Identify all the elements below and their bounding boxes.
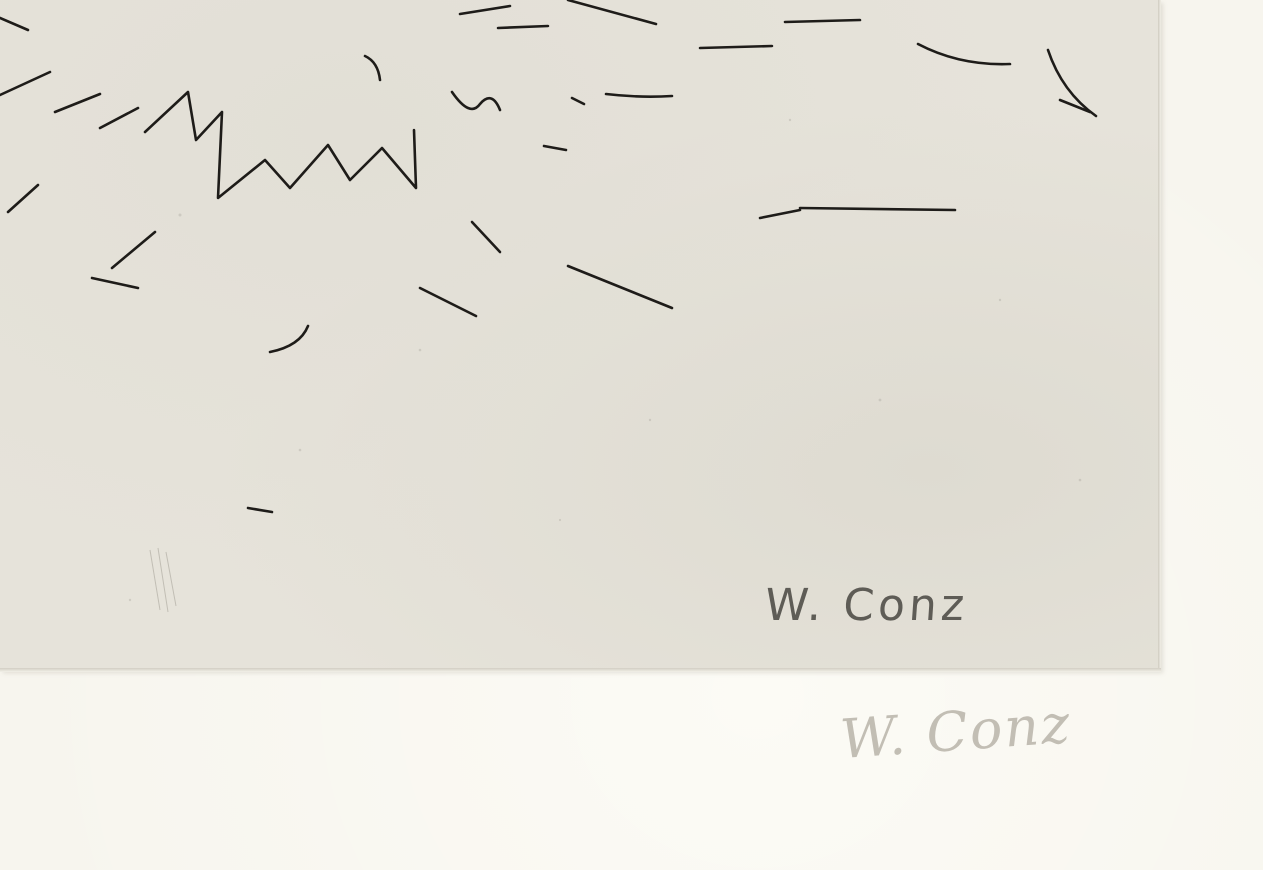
- plate-signature: W. Conz: [763, 580, 970, 631]
- etched-strokes: [0, 0, 1160, 670]
